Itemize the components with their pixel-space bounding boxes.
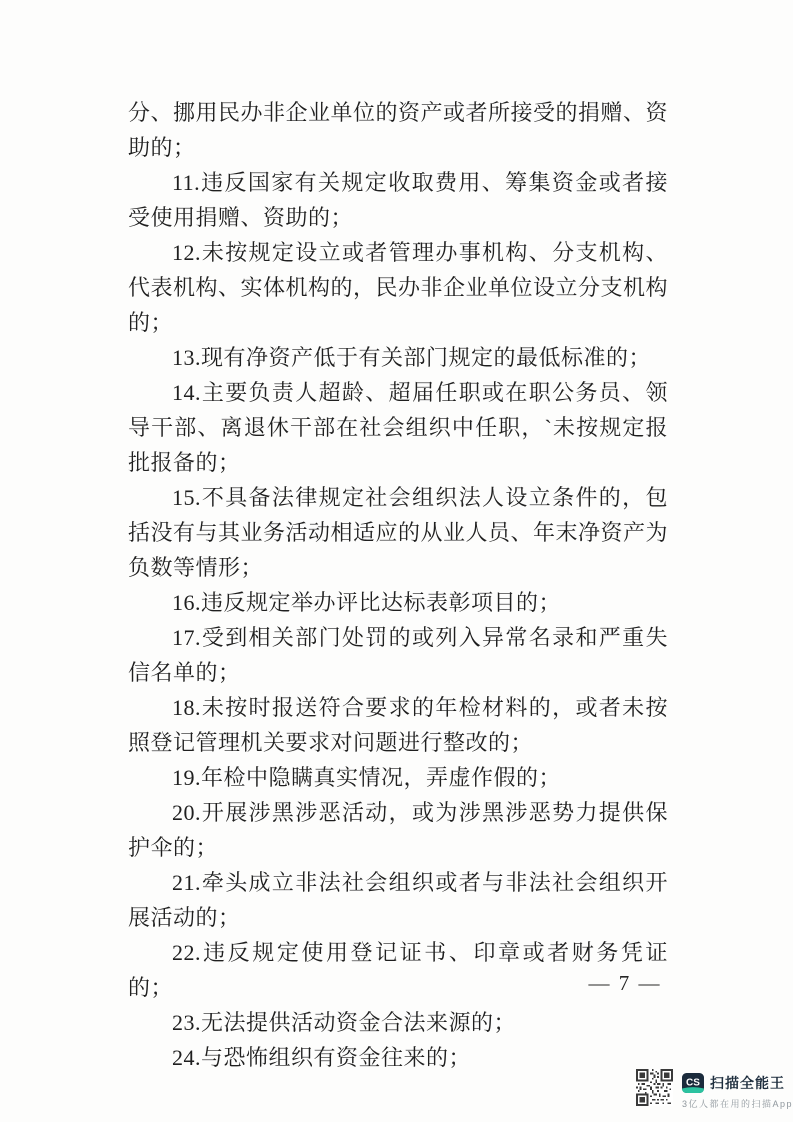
paragraph-item-12: 12.未按规定设立或者管理办事机构、分支机构、代表机构、实体机构的，民办非企业单… — [128, 235, 668, 340]
paragraph-item-14: 14.主要负责人超龄、超届任职或在职公务员、领导干部、离退休干部在社会组织中任职… — [128, 375, 668, 480]
paragraph-item-11: 11.违反国家有关规定收取费用、筹集资金或者接受使用捐赠、资助的； — [128, 165, 668, 235]
cs-logo-text: CS — [686, 1078, 700, 1089]
app-name: 扫描全能王 — [710, 1073, 785, 1093]
camscanner-brand: CS 扫描全能王 3亿人都在用的扫描App — [682, 1073, 793, 1110]
scanned-page: 分、挪用民办非企业单位的资产或者所接受的捐赠、资助的； 11.违反国家有关规定收… — [0, 0, 793, 1122]
app-tagline: 3亿人都在用的扫描App — [682, 1097, 793, 1110]
qr-code-icon — [636, 1069, 673, 1106]
paragraph-item-23: 23.无法提供活动资金合法来源的； — [128, 1005, 668, 1040]
paragraph-item-15: 15.不具备法律规定社会组织法人设立条件的，包括没有与其业务活动相适应的从业人员… — [128, 480, 668, 585]
paragraph-item-21: 21.牵头成立非法社会组织或者与非法社会组织开展活动的； — [128, 865, 668, 935]
paragraph-item-17: 17.受到相关部门处罚的或列入异常名录和严重失信名单的； — [128, 620, 668, 690]
paragraph-item-20: 20.开展涉黑涉恶活动，或为涉黑涉恶势力提供保护伞的； — [128, 795, 668, 865]
page-number: — 7 — — [575, 971, 675, 996]
paragraph-item-16: 16.违反规定举办评比达标表彰项目的； — [128, 585, 668, 620]
cs-logo-icon: CS — [682, 1073, 704, 1093]
camscanner-watermark: CS 扫描全能王 3亿人都在用的扫描App — [636, 1069, 793, 1110]
paragraph-item-24: 24.与恐怖组织有资金往来的； — [128, 1040, 668, 1075]
paragraph-item-19: 19.年检中隐瞒真实情况，弄虚作假的； — [128, 760, 668, 795]
paragraph-item10-continuation: 分、挪用民办非企业单位的资产或者所接受的捐赠、资助的； — [128, 95, 668, 165]
document-body: 分、挪用民办非企业单位的资产或者所接受的捐赠、资助的； 11.违反国家有关规定收… — [128, 95, 668, 1075]
paragraph-item-18: 18.未按时报送符合要求的年检材料的，或者未按照登记管理机关要求对问题进行整改的… — [128, 690, 668, 760]
paragraph-item-13: 13.现有净资产低于有关部门规定的最低标准的； — [128, 340, 668, 375]
